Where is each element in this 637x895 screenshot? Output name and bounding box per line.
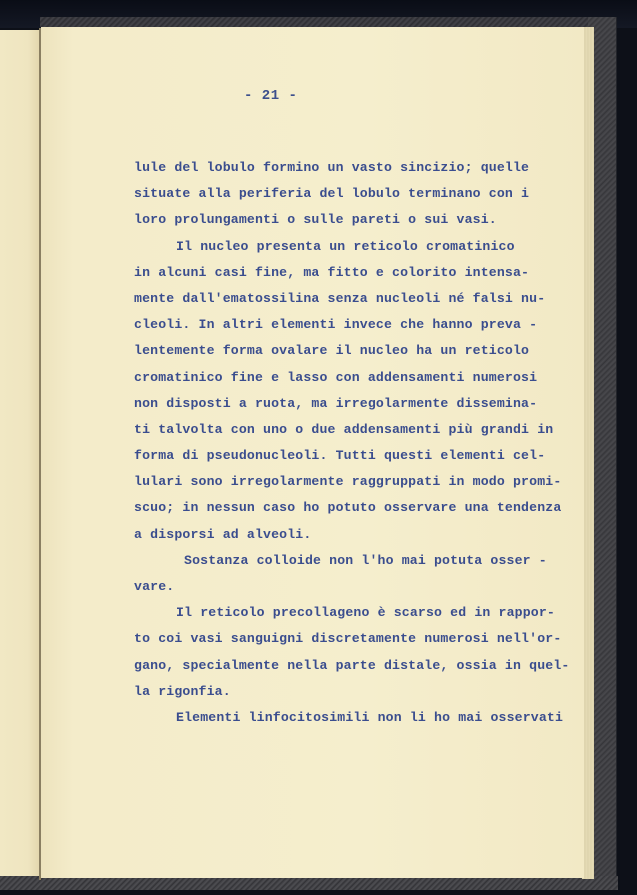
text-line: cromatinico fine e lasso con addensament… [134,365,524,391]
text-line: non disposti a ruota, ma irregolarmente … [134,391,524,417]
text-line: vare. [134,574,524,600]
paragraph-start-line: Elementi linfocitosimili non li ho mai o… [134,705,524,731]
paragraph-start-line: Il reticolo precollageno è scarso ed in … [134,600,524,626]
text-line: lentemente forma ovalare il nucleo ha un… [134,338,524,364]
text-line: a disporsi ad alveoli. [134,522,524,548]
text-line: la rigonfia. [134,679,524,705]
text-line: ti talvolta con uno o due addensamenti p… [134,417,524,443]
text-line: lule del lobulo formino un vasto sincizi… [134,155,524,181]
text-line: in alcuni casi fine, ma fitto e colorito… [134,260,524,286]
page-number: - 21 - [244,88,297,104]
text-line: scuo; in nessun caso ho potuto osservare… [134,495,524,521]
typewritten-text-body: lule del lobulo formino un vasto sincizi… [134,155,524,731]
facing-page-left [0,30,40,878]
text-line: cleoli. In altri elementi invece che han… [134,312,524,338]
text-line: forma di pseudonucleoli. Tutti questi el… [134,443,524,469]
paragraph-start-line: Sostanza colloide non l'ho mai potuta os… [134,548,524,574]
text-line: situate alla periferia del lobulo termin… [134,181,524,207]
text-line: gano, specialmente nella parte distale, … [134,653,524,679]
text-line: mente dall'ematossilina senza nucleoli n… [134,286,524,312]
paragraph-start-line: Il nucleo presenta un reticolo cromatini… [134,234,524,260]
text-line: to coi vasi sanguigni discretamente nume… [134,626,524,652]
book-spine-gutter [39,28,41,880]
book-cover-top-edge [40,17,616,27]
book-cover-bottom-edge [0,876,618,890]
text-line: loro prolungamenti o sulle pareti o sui … [134,207,524,233]
text-line: lulari sono irregolarmente raggruppati i… [134,469,524,495]
